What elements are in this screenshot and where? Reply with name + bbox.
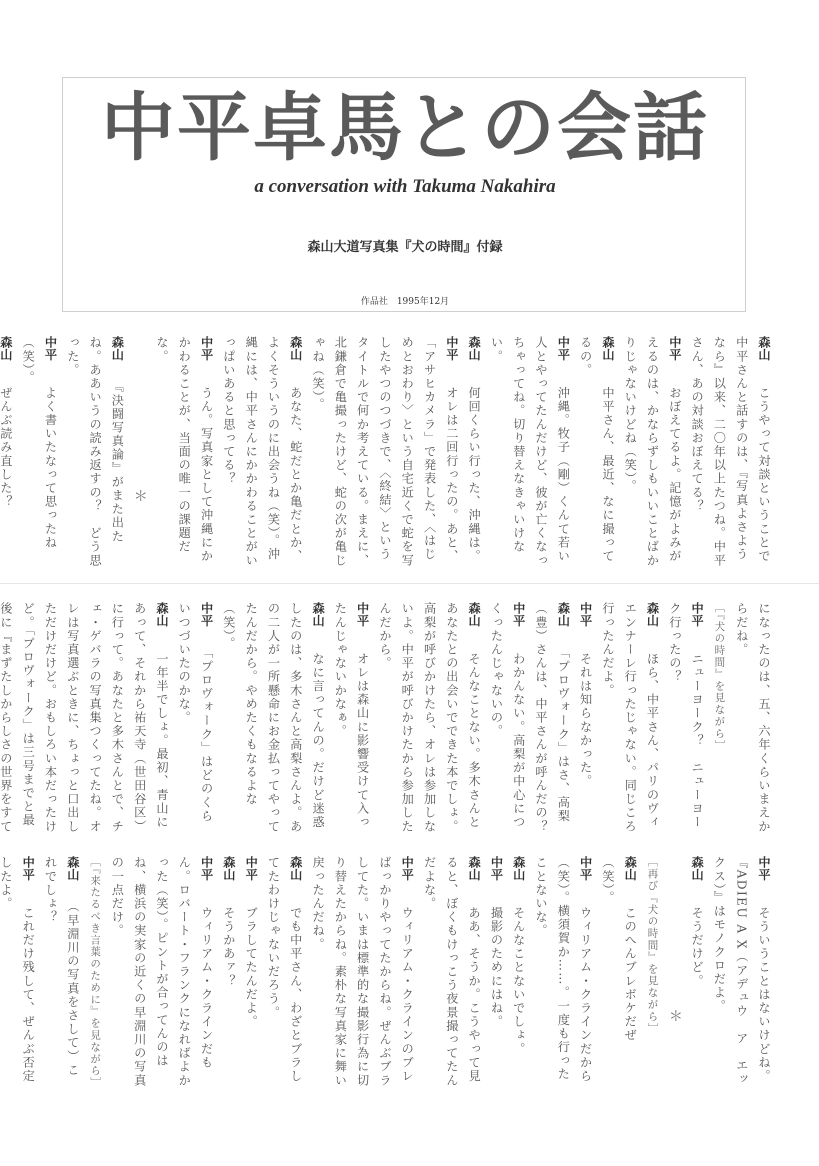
- dialogue-text: 撮影のためにはね。: [489, 906, 503, 1028]
- dialogue-line: 森山 『決闘写真論』がまた出たね。ああいうの読み返すの？ どう思った。: [62, 336, 129, 568]
- english-subtitle: a conversation with Takuma Nakahira: [63, 176, 747, 198]
- dialogue-text: なに言ってんの。だけど迷惑したのは、多木さんと高梨さんよ。あの二人が一所懸命にお…: [222, 602, 325, 833]
- speaker-name: 森山: [690, 856, 704, 880]
- speaker-name: 森山: [289, 856, 303, 880]
- dialogue-line: 森山 ぜんぶ読み直した？: [0, 336, 17, 568]
- dialogue-line: 中平 オレは二回行ったの。あと、「アサヒカメラ」で発表した、〈はじめとおわり〉と…: [307, 336, 463, 568]
- dialogue-text: そういうことはないけどね。『ADIEU A X（アデュウ ア エックス）』はモノ…: [712, 856, 771, 1086]
- speaker-name: 森山: [467, 856, 481, 880]
- dialogue-line: 中平 それは知らなかった。: [574, 602, 596, 834]
- speaker-name: 中平: [668, 336, 682, 360]
- japanese-subtitle: 森山大道写真集『犬の時間』付録: [63, 236, 747, 255]
- speaker-name: 森山: [0, 336, 13, 360]
- dialogue-text: これだけ残して、ぜんぶ否定したよ。: [0, 856, 35, 1083]
- stage-note: ［『来たるべき言葉のために』を見ながら］: [84, 856, 106, 1088]
- speaker-name: 森山: [155, 602, 169, 626]
- dialogue-text: オレは二回行ったの。あと、「アサヒカメラ」で発表した、〈はじめとおわり〉という自…: [311, 336, 459, 567]
- speaker-name: 森山: [601, 336, 615, 360]
- speaker-name: 中平: [200, 602, 214, 626]
- dialogue-text: 「プロヴォーク」はどのくらいつづいたのかな。: [177, 602, 213, 823]
- stage-note: ［再び『犬の時間』を見ながら］: [641, 856, 663, 1088]
- speaker-name: 中平: [757, 856, 771, 880]
- dialogue-line: 森山 ああ、そうか。こうやって見ると、ぼくもけっこう夜景撮ってたんだよな。: [418, 856, 485, 1088]
- dialogue-line: 中平 ウィリアム・クラインだもん。ロバート・フランクになればよかった（笑）。ピン…: [106, 856, 217, 1088]
- dialogue-line: 中平 オレは森山に影響受けて入ったんじゃないかなぁ。: [329, 602, 374, 834]
- dialogue-line: 中平 ニューヨーク？ ニューヨーク行ったの？: [664, 602, 709, 834]
- dialogue-line: 中平 沖縄。牧子（剛）くんて若い人とやってたんだけど、彼が亡くなっちゃってね。切…: [485, 336, 574, 568]
- speaker-name: 中平: [200, 336, 214, 360]
- dialogue-text: 「プロヴォーク」はさ、高梨（豊）さんは、中平さんが呼んだの？: [534, 602, 570, 833]
- dialogue-line: 森山 そうだけど。: [686, 856, 708, 1088]
- dialogue-text: よく書いたなって思ったね（笑）。: [21, 336, 57, 549]
- speaker-name: 森山: [222, 856, 236, 880]
- speaker-name: 森山: [110, 336, 124, 360]
- speaker-name: 中平: [44, 336, 58, 360]
- dialogue-text: ああ、そうか。こうやって見ると、ぼくもけっこう夜景撮ってたんだよな。: [423, 856, 482, 1087]
- dialogue-text: そうかあァ？: [222, 906, 236, 988]
- speaker-name: 中平: [512, 602, 526, 626]
- speaker-name: 森山: [467, 336, 481, 360]
- dialogue-line: 中平 わかんない。高梨が中心につくったんじゃないの。: [485, 602, 530, 834]
- dialogue-text: あなた、蛇だとか亀だとか、よくそういうのに出会うね（笑）。沖縄には、中平さんにか…: [222, 336, 303, 567]
- dialogue-text: ぜんぶ読み直した？: [0, 386, 13, 508]
- publisher-date: 作品社 1995年12月: [63, 294, 747, 307]
- fold-line: [0, 583, 819, 584]
- speaker-name: 森山: [646, 602, 660, 626]
- speaker-name: 森山: [512, 856, 526, 880]
- speaker-name: 中平: [445, 336, 459, 360]
- speaker-name: 中平: [21, 856, 35, 880]
- dialogue-text: ほら、中平さん、パリのヴィエンナーレ行ったじゃない。同じころ行ったんだよ。: [601, 602, 660, 833]
- dialogue-line: 森山 「プロヴォーク」はさ、高梨（豊）さんは、中平さんが呼んだの？: [530, 602, 575, 834]
- speaker-name: 中平: [690, 602, 704, 626]
- dialogue-text: それは知らなかった。: [579, 652, 593, 788]
- dialogue-line: 森山 そんなことない。多木さんとあなたとの出会いでできた本でしょ。高梨が呼びかけ…: [374, 602, 485, 834]
- dialogue-text: 沖縄。牧子（剛）くんて若い人とやってたんだけど、彼が亡くなっちゃってね。切り替え…: [489, 336, 570, 567]
- dialogue-line: 森山 ほら、中平さん、パリのヴィエンナーレ行ったじゃない。同じころ行ったんだよ。: [597, 602, 664, 834]
- text-block-lower-top: になったのは、五、六年くらいまえからだね。［『犬の時間』を見ながら］中平 ニュー…: [75, 602, 775, 834]
- text-block-lower-bottom: 中平 そういうことはないけどね。『ADIEU A X（アデュウ ア エックス）』…: [75, 856, 775, 1088]
- dialogue-line: 中平 これだけ残して、ぜんぶ否定したよ。: [0, 856, 39, 1088]
- speaker-name: 中平: [400, 856, 414, 880]
- speaker-name: 森山: [757, 336, 771, 360]
- dialogue-text: ブラしてたんだよ。: [244, 906, 258, 1028]
- dialogue-text: そんなことないでしょ。: [512, 906, 526, 1056]
- section-divider: ＊: [664, 856, 686, 1088]
- speaker-name: 森山: [289, 336, 303, 360]
- speaker-name: 森山: [66, 856, 80, 880]
- dialogue-line: 中平 「プロヴォーク」はどのくらいつづいたのかな。: [173, 602, 218, 834]
- dialogue-line: 森山 （早淵川の写真をさして）これでしょ？: [39, 856, 84, 1088]
- dialogue-line: 中平 おぼえてるよ。記憶がよみがえるのは、かならずしもいいことばかりじゃないけど…: [619, 336, 686, 568]
- dialogue-text: そうだけど。: [690, 906, 704, 988]
- speaker-name: 森山: [311, 602, 325, 626]
- stage-note: ［『犬の時間』を見ながら］: [708, 602, 730, 834]
- dialogue-line: 森山 そうかあァ？: [218, 856, 240, 1088]
- dialogue-text: でも中平さん、わざとブラしてたわけじゃないだろう。: [266, 856, 302, 1083]
- dialogue-text: ニューヨーク？ ニューヨーク行ったの？: [668, 602, 704, 829]
- dialogue-line: 森山 このへんブレボケだぜ（笑）。: [597, 856, 642, 1088]
- dialogue-text: オレは森山に影響受けて入ったんじゃないかなぁ。: [333, 602, 369, 829]
- dialogue-text: ウィリアム・クラインだもん。ロバート・フランクになればよかった（笑）。ピントが合…: [110, 856, 213, 1087]
- speaker-name: 中平: [489, 856, 503, 880]
- main-title: 中平卓馬との会話: [63, 86, 747, 170]
- dialogue-line: 森山 こうやって対談ということで中平さんと話すのは、『写真よさようなら』以来、二…: [686, 336, 775, 568]
- dialogue-text: こうやって対談ということで中平さんと話すのは、『写真よさようなら』以来、二〇年以…: [690, 336, 771, 567]
- dialogue-text: （早淵川の写真をさして）これでしょ？: [44, 856, 80, 1077]
- dialogue-line: 森山 何回くらい行った、沖縄は。: [463, 336, 485, 568]
- dialogue-text: そんなことない。多木さんとあなたとの出会いでできた本でしょ。高梨が呼びかけたら、…: [378, 602, 481, 833]
- speaker-name: 中平: [579, 856, 593, 880]
- dialogue-line: 中平 撮影のためにはね。: [485, 856, 507, 1088]
- dialogue-text: 『決闘写真論』がまた出たね。ああいうの読み返すの？ どう思った。: [66, 336, 125, 567]
- section-divider: ＊: [128, 336, 150, 568]
- dialogue-line: 中平 よく書いたなって思ったね（笑）。: [17, 336, 62, 568]
- title-box: 中平卓馬との会話 a conversation with Takuma Naka…: [62, 77, 746, 312]
- text-block-upper: 森山 こうやって対談ということで中平さんと話すのは、『写真よさようなら』以来、二…: [35, 336, 775, 568]
- dialogue-line: 中平 ブラしてたんだよ。: [240, 856, 262, 1088]
- dialogue-line: 中平 ウィリアム・クラインだから（笑）。横須賀か……。一度も行ったことないな。: [530, 856, 597, 1088]
- dialogue-line: 中平 うん。写真家として沖縄にかかわることが、当面の唯一の課題だな。: [151, 336, 218, 568]
- dialogue-line: 森山 でも中平さん、わざとブラしてたわけじゃないだろう。: [262, 856, 307, 1088]
- dialogue-line: 森山 中平さん、最近、なに撮ってるの。: [574, 336, 619, 568]
- dialogue-text: おぼえてるよ。記憶がよみがえるのは、かならずしもいいことばかりじゃないけどね（笑…: [623, 336, 682, 567]
- dialogue-text: このへんブレボケだぜ（笑）。: [601, 856, 637, 1042]
- speaker-name: 森山: [467, 602, 481, 626]
- dialogue-text: ウィリアム・クラインのブレばっかりやってたからね。ぜんぶブラしてた。いまは標準的…: [311, 856, 414, 1087]
- dialogue-line: になったのは、五、六年くらいまえからだね。: [730, 602, 775, 834]
- speaker-name: 中平: [244, 856, 258, 880]
- dialogue-text: 一年半でしょ。最初、青山にあって、それから祐天寺（世田谷区）に行って。あなたと多…: [0, 602, 169, 833]
- dialogue-text: になったのは、五、六年くらいまえからだね。: [735, 602, 771, 833]
- dialogue-text: わかんない。高梨が中心につくったんじゃないの。: [489, 602, 525, 829]
- speaker-name: 中平: [579, 602, 593, 626]
- dialogue-line: 森山 なに言ってんの。だけど迷惑したのは、多木さんと高梨さんよ。あの二人が一所懸…: [218, 602, 329, 834]
- dialogue-line: 中平 そういうことはないけどね。『ADIEU A X（アデュウ ア エックス）』…: [708, 856, 775, 1088]
- speaker-name: 中平: [556, 336, 570, 360]
- dialogue-text: ウィリアム・クラインだから（笑）。横須賀か……。一度も行ったことないな。: [534, 856, 593, 1083]
- dialogue-text: 何回くらい行った、沖縄は。: [467, 386, 481, 563]
- speaker-name: 森山: [556, 602, 570, 626]
- dialogue-text: 中平さん、最近、なに撮ってるの。: [579, 336, 615, 563]
- speaker-name: 中平: [200, 856, 214, 880]
- speaker-name: 森山: [623, 856, 637, 880]
- dialogue-line: 森山 そんなことないでしょ。: [507, 856, 529, 1088]
- dialogue-text: うん。写真家として沖縄にかかわることが、当面の唯一の課題だな。: [155, 336, 214, 563]
- speaker-name: 中平: [356, 602, 370, 626]
- dialogue-line: 森山 あなた、蛇だとか亀だとか、よくそういうのに出会うね（笑）。沖縄には、中平さ…: [218, 336, 307, 568]
- dialogue-line: 森山 一年半でしょ。最初、青山にあって、それから祐天寺（世田谷区）に行って。あな…: [0, 602, 173, 834]
- dialogue-line: 中平 ウィリアム・クラインのブレばっかりやってたからね。ぜんぶブラしてた。いまは…: [307, 856, 418, 1088]
